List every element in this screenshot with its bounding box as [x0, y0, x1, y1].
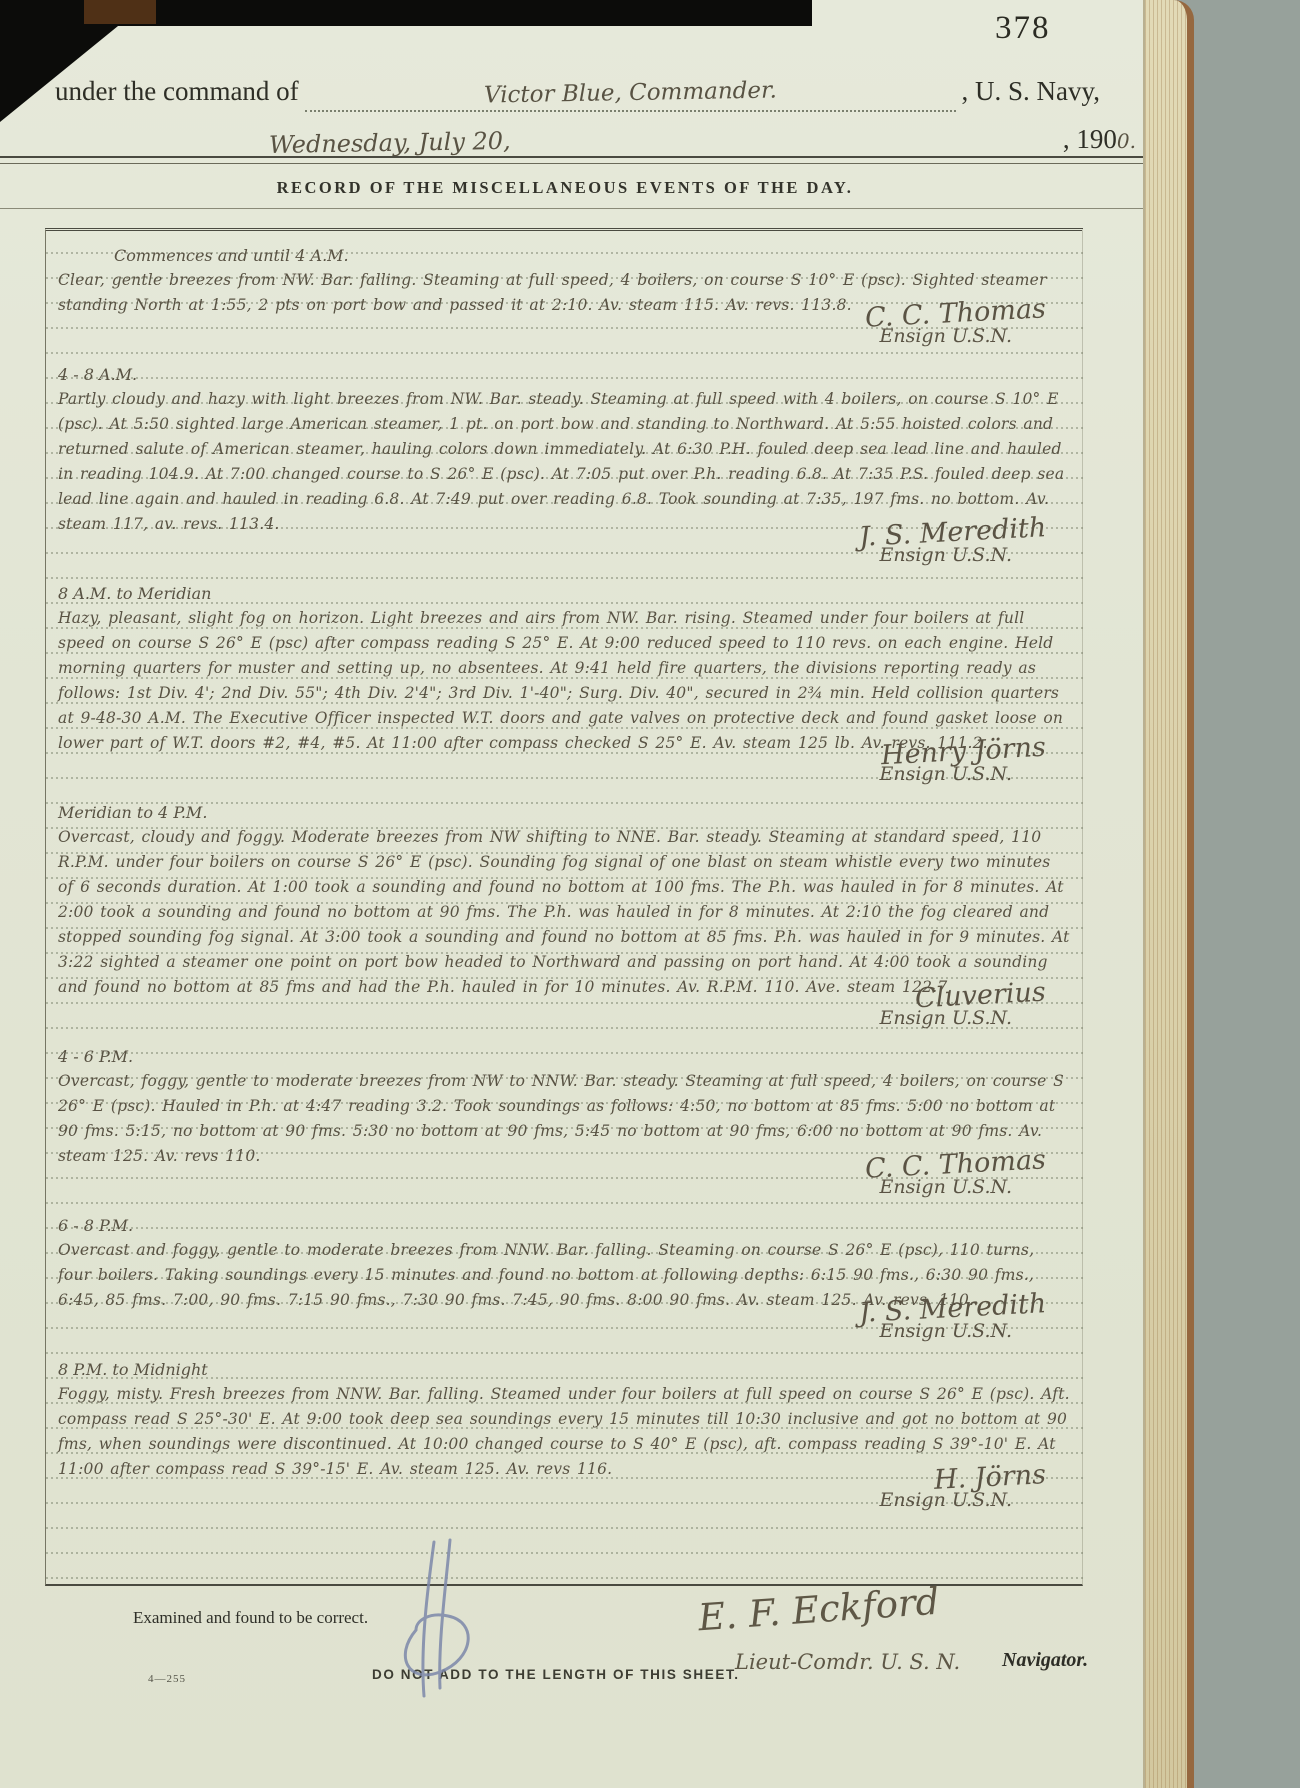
log-entry: 8 P.M. to Midnight Foggy, misty. Fresh b… [58, 1357, 1072, 1511]
command-prefix-label: under the command of [55, 76, 299, 107]
commander-fill-line: Victor Blue, Commander. [305, 80, 956, 112]
entry-signature-name: Cluverius [915, 977, 1047, 1015]
entry-signature-name: J. S. Meredith [858, 512, 1047, 553]
entry-signature-name: H. Jörns [933, 1459, 1046, 1496]
log-entries: Commences and until 4 A.M. Clear, gentle… [45, 228, 1083, 1586]
entry-body: Hazy, pleasant, slight fog on horizon. L… [58, 606, 1072, 756]
entry-label: 4 - 8 A.M. [58, 362, 1072, 387]
header-command-line: under the command of Victor Blue, Comman… [55, 76, 1100, 112]
form-number: 4—255 [148, 1673, 186, 1685]
book-cover-edge [84, 0, 156, 24]
entry-signature-title: Ensign U.S.N. [58, 763, 1012, 785]
record-heading: RECORD OF THE MISCELLANEOUS EVENTS OF TH… [45, 178, 1085, 198]
pencil-monogram-mark [382, 1538, 492, 1713]
log-entry: Meridian to 4 P.M. Overcast, cloudy and … [58, 800, 1072, 1029]
log-entry: 8 A.M. to Meridian Hazy, pleasant, sligh… [58, 581, 1072, 785]
entry-label: 8 P.M. to Midnight [58, 1357, 1072, 1382]
heading-divider-rule [0, 208, 1143, 209]
year-handwritten: 0. [1117, 129, 1136, 153]
entry-label: 4 - 6 P.M. [58, 1044, 1072, 1069]
log-entry: 6 - 8 P.M. Overcast and foggy, gentle to… [58, 1213, 1072, 1342]
entry-signature-title: Ensign U.S.N. [58, 1007, 1012, 1029]
navigator-rank: Lieut-Comdr. U. S. N. [735, 1650, 960, 1674]
entry-label: Meridian to 4 P.M. [58, 800, 1072, 825]
book-page-edges [1145, 0, 1194, 1788]
entry-body: Partly cloudy and hazy with light breeze… [58, 387, 1072, 537]
entry-signature-name: Henry Jörns [880, 732, 1046, 772]
commander-handwritten: Victor Blue, Commander. [305, 74, 956, 111]
log-entry: 4 - 8 A.M. Partly cloudy and hazy with l… [58, 362, 1072, 566]
year-printed-label: , 190 [1063, 124, 1117, 155]
navigator-printed-label: Navigator. [1002, 1649, 1088, 1672]
entry-signature-name: J. S. Meredith [858, 1288, 1047, 1329]
entry-label: Commences and until 4 A.M. [58, 243, 1072, 268]
log-entry: 4 - 6 P.M. Overcast, foggy, gentle to mo… [58, 1044, 1072, 1198]
examined-statement: Examined and found to be correct. [133, 1608, 368, 1628]
date-fill-line: Wednesday, July 20, [54, 126, 1057, 158]
logbook-page-photo: 378 under the command of Victor Blue, Co… [0, 0, 1300, 1788]
entry-body: Overcast, cloudy and foggy. Moderate bre… [58, 825, 1072, 1000]
entry-label: 6 - 8 P.M. [58, 1213, 1072, 1238]
entry-signature-title: Ensign U.S.N. [58, 1489, 1012, 1511]
header-divider-rule [0, 156, 1143, 164]
page-number: 378 [995, 10, 1051, 47]
header-date-line: Wednesday, July 20, , 190 0. [48, 124, 1136, 158]
entry-signature-name: C. C. Thomas [864, 1144, 1046, 1184]
log-entry: Commences and until 4 A.M. Clear, gentle… [58, 243, 1072, 347]
navy-suffix-label: , U. S. Navy, [962, 76, 1101, 107]
entry-label: 8 A.M. to Meridian [58, 581, 1072, 606]
entry-signature-name: C. C. Thomas [864, 293, 1046, 333]
